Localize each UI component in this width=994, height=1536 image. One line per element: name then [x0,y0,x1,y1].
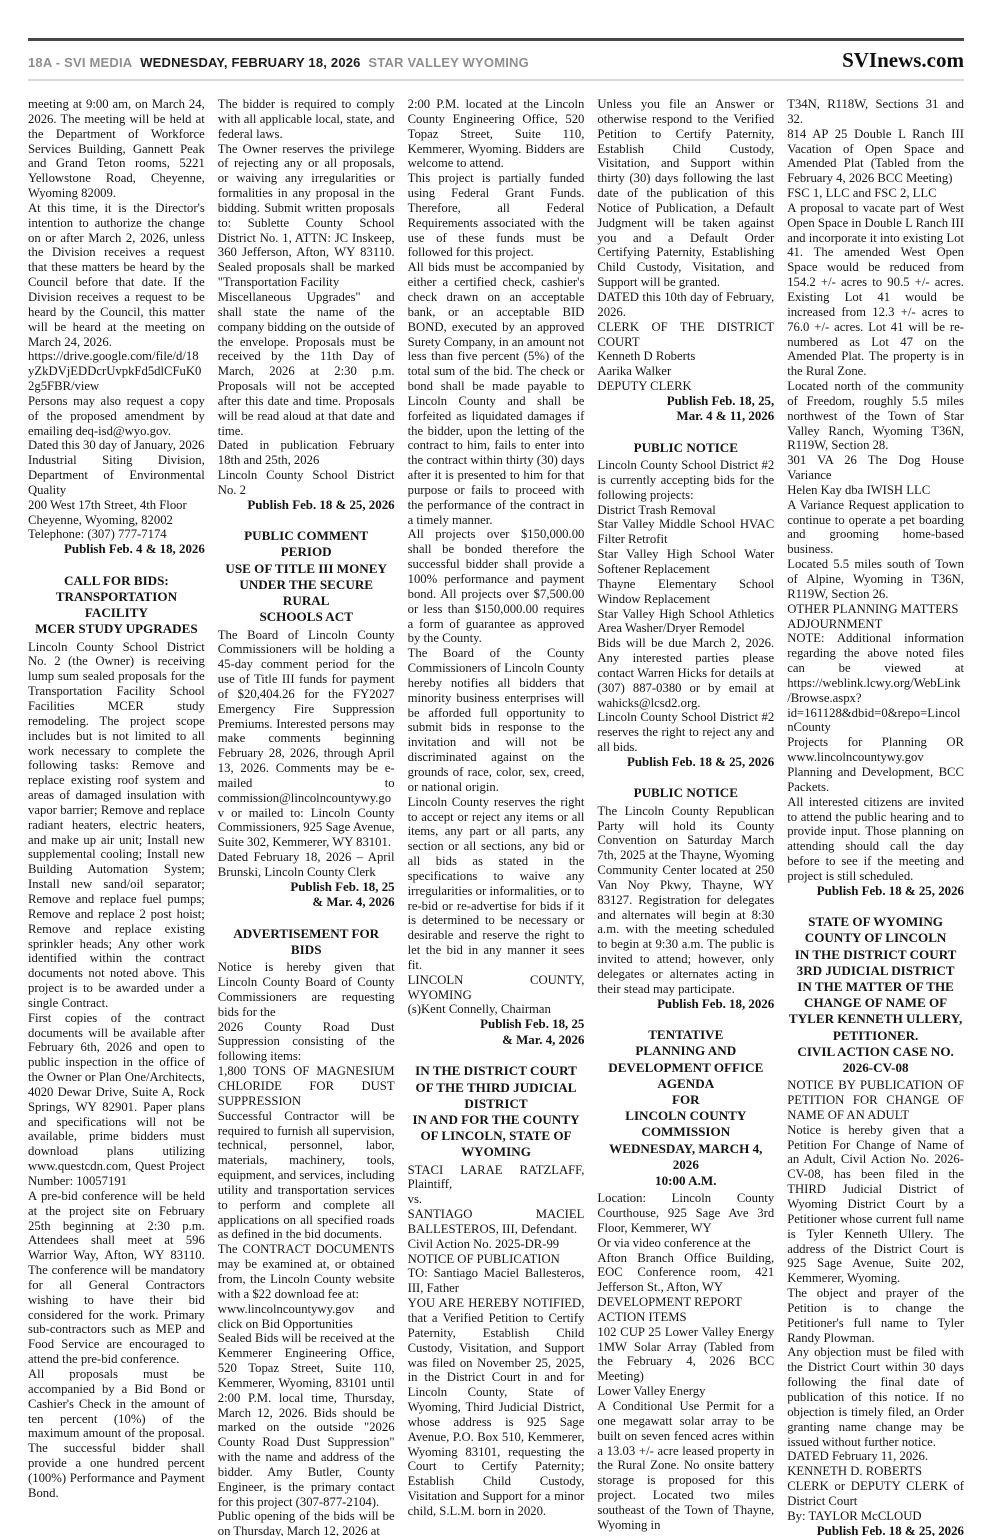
notice-paragraph: Star Valley High School Water Softener R… [597,547,774,577]
page-number: 18A - SVI MEDIA [28,55,132,70]
notice-paragraph: The object and prayer of the Petition is… [787,1286,964,1345]
notice-paragraph: Successful Contractor will be required t… [218,1109,395,1243]
issue-date: WEDNESDAY, FEBRUARY 18, 2026 [140,55,360,70]
notice-paragraph: All projects over $150,000.00 shall be b… [408,527,585,646]
notice-paragraph: vs. [408,1192,585,1207]
notice-paragraph: https://drive.google.com/file/d/18yZkDVj… [28,349,205,394]
notice-paragraph: (s)Kent Connelly, Chairman [408,1002,585,1017]
notice-paragraph: LINCOLN COUNTY, WYOMING [408,973,585,1003]
notice-paragraph: T34N, R118W, Sections 31 and 32. [787,97,964,127]
notice-paragraph: YOU ARE HEREBY NOTIFIED, that a Verified… [408,1296,585,1519]
publish-line: Publish Feb. 18, 25, Mar. 4 & 11, 2026 [597,394,774,425]
newspaper-page: 18A - SVI MEDIA WEDNESDAY, FEBRUARY 18, … [0,0,994,1536]
notice-heading: PUBLIC NOTICE [597,785,774,801]
notice-paragraph: Notice is hereby given that a Petition F… [787,1123,964,1286]
notice-paragraph: Thayne Elementary School Window Replacem… [597,577,774,607]
notice-paragraph: CLERK or DEPUTY CLERK of District Court [787,1479,964,1509]
notice-column: Unless you file an Answer or otherwise r… [597,97,774,1536]
notice-paragraph: ACTION ITEMS [597,1310,774,1325]
notice-paragraph: All bids must be accompanied by either a… [408,260,585,527]
notice-paragraph: Or via video conference at the [597,1236,774,1251]
notice-paragraph: DEVELOPMENT REPORT [597,1295,774,1310]
notice-paragraph: Dated in publication February 18th and 2… [218,438,395,468]
notice-paragraph: The Owner reserves the privilege of reje… [218,142,395,290]
notice-paragraph: NOTE: Additional information regarding t… [787,631,964,735]
notice-paragraph: A proposal to vacate part of West Open S… [787,201,964,379]
notice-paragraph: 200 West 17th Street, 4th Floor [28,498,205,513]
notice-heading: TENTATIVE PLANNING AND DEVELOPMENT OFFIC… [597,1027,774,1189]
page-header: 18A - SVI MEDIA WEDNESDAY, FEBRUARY 18, … [28,41,964,79]
notice-paragraph: Lincoln County reserves the right to acc… [408,795,585,973]
notice-paragraph: NOTICE BY PUBLICATION OF PETITION FOR CH… [787,1078,964,1123]
notice-heading: ADVERTISEMENT FOR BIDS [218,926,395,958]
notice-paragraph: The CONTRACT DOCUMENTS may be examined a… [218,1242,395,1301]
publish-line: Publish Feb. 4 & 18, 2026 [28,542,205,558]
notice-paragraph: A Variance Request application to contin… [787,498,964,557]
notice-paragraph: Civil Action No. 2025-DR-99 [408,1237,585,1252]
notice-paragraph: Kenneth D Roberts [597,349,774,364]
notice-column: meeting at 9:00 am, on March 24, 2026. T… [28,97,205,1536]
website-label: SVInews.com [842,48,964,73]
publish-line: Publish Feb. 18 & 25, 2026 [597,755,774,771]
notice-paragraph: Telephone: (307) 777-7174 [28,527,205,542]
notice-paragraph: First copies of the contract documents w… [28,1011,205,1189]
notice-paragraph: A Conditional Use Permit for a one megaw… [597,1399,774,1533]
legal-notices-columns: meeting at 9:00 am, on March 24, 2026. T… [28,81,964,1536]
notice-paragraph: Sealed Bids will be received at the Kemm… [218,1331,395,1509]
notice-paragraph: Projects for Planning OR www.lincolncoun… [787,735,964,794]
notice-paragraph: Notice is hereby given that Lincoln Coun… [218,960,395,1019]
notice-paragraph: 102 CUP 25 Lower Valley Energy 1MW Solar… [597,1325,774,1384]
notice-heading: IN THE DISTRICT COURT OF THE THIRD JUDIC… [408,1063,585,1160]
header-left: 18A - SVI MEDIA WEDNESDAY, FEBRUARY 18, … [28,55,529,70]
notice-paragraph: Persons may also request a copy of the p… [28,394,205,439]
publish-line: Publish Feb. 18, 25 & Mar. 4, 2026 [218,880,395,911]
notice-paragraph: Dated February 18, 2026 – April Brunski,… [218,850,395,880]
notice-paragraph: All interested citizens are invited to a… [787,795,964,884]
notice-paragraph: At this time, it is the Director's inten… [28,201,205,349]
notice-paragraph: SANTIAGO MACIEL BALLESTEROS, III, Defend… [408,1207,585,1237]
notice-paragraph: meeting at 9:00 am, on March 24, 2026. T… [28,97,205,201]
notice-paragraph: Dated this 30 day of January, 2026 [28,438,205,453]
notice-paragraph: Lincoln County School District #2 is cur… [597,458,774,503]
notice-paragraph: Location: Lincoln County Courthouse, 925… [597,1191,774,1236]
notice-paragraph: Aarika Walker [597,364,774,379]
notice-paragraph: This project is partially funded using F… [408,171,585,260]
notice-paragraph: OTHER PLANNING MATTERS [787,602,964,617]
notice-paragraph: STACI LARAE RATZLAFF, Plaintiff, [408,1163,585,1193]
notice-paragraph: KENNETH D. ROBERTS [787,1464,964,1479]
notice-paragraph: The Lincoln County Republican Party will… [597,804,774,997]
notice-paragraph: Cheyenne, Wyoming, 82002 [28,513,205,528]
notice-paragraph: Afton Branch Office Building, EOC Confer… [597,1251,774,1296]
publish-line: Publish Feb. 18 & 25, 2026 [787,884,964,900]
notice-heading: STATE OF WYOMING COUNTY OF LINCOLN IN TH… [787,914,964,1076]
notice-paragraph: ADJOURNMENT [787,617,964,632]
notice-column: 2:00 P.M. located at the Lincoln County … [408,97,585,1536]
notice-paragraph: 2:00 P.M. located at the Lincoln County … [408,97,585,171]
notice-paragraph: District Trash Removal [597,503,774,518]
notice-paragraph: TO: Santiago Maciel Ballesteros, III, Fa… [408,1266,585,1296]
notice-paragraph: Helen Kay dba IWISH LLC [787,483,964,498]
notice-paragraph: Industrial Siting Division, Department o… [28,453,205,498]
notice-paragraph: www.lincolncountywy.gov and click on Bid… [218,1302,395,1332]
notice-paragraph: Unless you file an Answer or otherwise r… [597,97,774,290]
notice-paragraph: NOTICE OF PUBLICATION [408,1252,585,1267]
notice-paragraph: The Board of the County Commissioners of… [408,646,585,794]
publish-line: Publish Feb. 18, 25 & Mar. 4, 2026 [408,1017,585,1048]
notice-paragraph: Lincoln County School District #2 reserv… [597,710,774,755]
notice-paragraph: Star Valley Middle School HVAC Filter Re… [597,517,774,547]
notice-paragraph: FSC 1, LLC and FSC 2, LLC [787,186,964,201]
notice-heading: PUBLIC COMMENT PERIOD USE OF TITLE III M… [218,528,395,625]
notice-heading: PUBLIC NOTICE [597,440,774,456]
notice-paragraph: Any objection must be filed with the Dis… [787,1345,964,1449]
notice-paragraph: CLERK OF THE DISTRICT COURT [597,320,774,350]
notice-paragraph: All proposals must be accompanied by a B… [28,1367,205,1501]
notice-paragraph: DEPUTY CLERK [597,379,774,394]
notice-paragraph: 2026 County Road Dust Suppression consis… [218,1020,395,1065]
notice-column: The bidder is required to comply with al… [218,97,395,1536]
notice-paragraph: Located 5.5 miles south of Town of Alpin… [787,557,964,602]
publish-line: Publish Feb. 18 & 25, 2026 [787,1524,964,1536]
notice-paragraph: By: TAYLOR McCLOUD [787,1509,964,1524]
notice-paragraph: Lincoln County School District No. 2 [218,468,395,498]
notice-paragraph: DATED February 11, 2026. [787,1449,964,1464]
region-label: STAR VALLEY WYOMING [368,55,529,70]
notice-heading: CALL FOR BIDS: TRANSPORTATION FACILITY M… [28,573,205,638]
notice-paragraph: 814 AP 25 Double L Ranch III Vacation of… [787,127,964,186]
publish-line: Publish Feb. 18, 2026 [597,997,774,1013]
notice-paragraph: DATED this 10th day of February, 2026. [597,290,774,320]
notice-paragraph: A pre-bid conference will be held at the… [28,1189,205,1367]
notice-paragraph: Lower Valley Energy [597,1384,774,1399]
notice-paragraph: Miscellaneous Upgrades" and shall state … [218,290,395,438]
notice-paragraph: Lincoln County School District No. 2 (th… [28,640,205,1011]
notice-paragraph: 301 VA 26 The Dog House Variance [787,453,964,483]
notice-paragraph: Public opening of the bids will be on Th… [218,1509,395,1536]
notice-paragraph: Located north of the community of Freedo… [787,379,964,453]
notice-paragraph: The Board of Lincoln County Commissioner… [218,628,395,851]
top-margin [28,0,964,38]
notice-column: T34N, R118W, Sections 31 and 32.814 AP 2… [787,97,964,1536]
notice-paragraph: 1,800 TONS OF MAGNESIUM CHLORIDE FOR DUS… [218,1064,395,1109]
notice-paragraph: Bids will be due March 2, 2026. Any inte… [597,636,774,710]
notice-paragraph: The bidder is required to comply with al… [218,97,395,142]
notice-paragraph: Star Valley High School Athletics Area W… [597,607,774,637]
publish-line: Publish Feb. 18 & 25, 2026 [218,498,395,514]
